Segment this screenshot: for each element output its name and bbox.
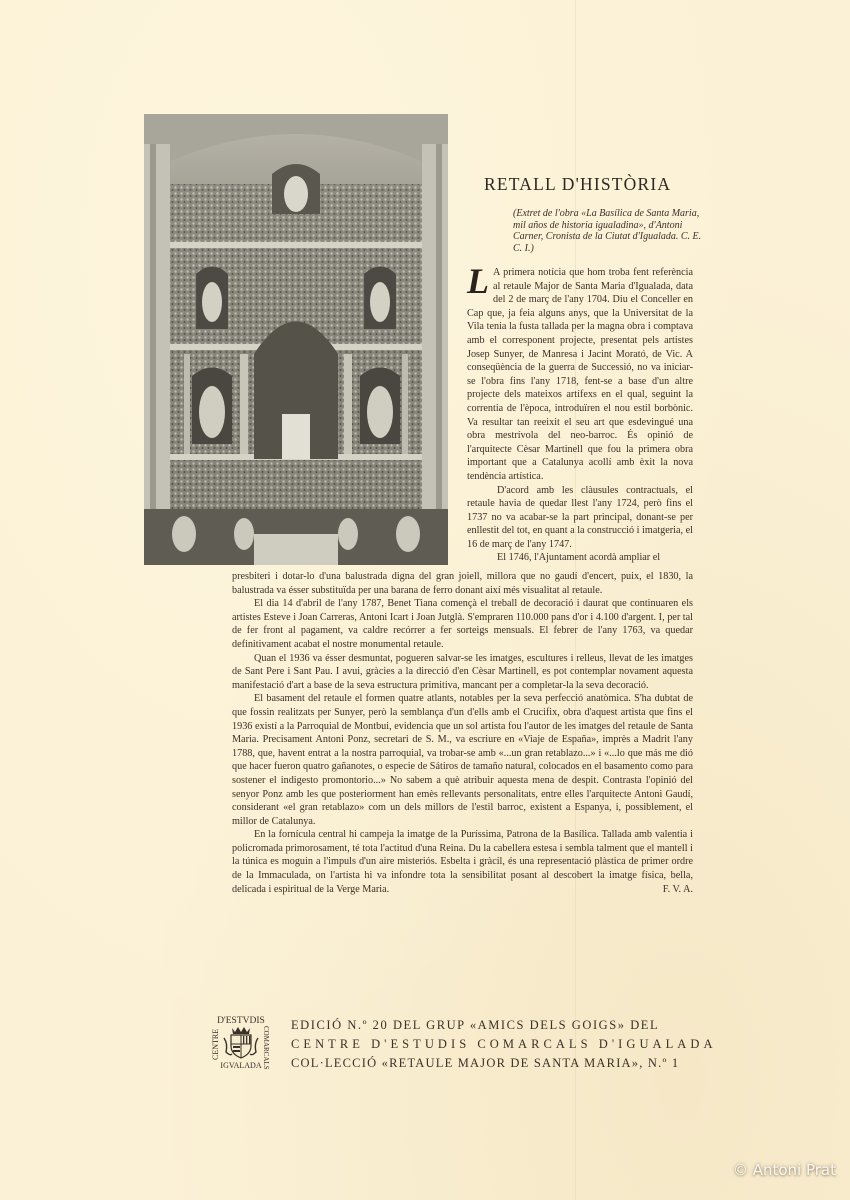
- paragraph-3-cont: presbiteri i dotar-lo d'una balustrada d…: [232, 570, 693, 597]
- altarpiece-illustration: [144, 114, 448, 565]
- colophon: EDICIÓ N.º 20 DEL GRUP «AMICS DELS GOIGS…: [291, 1016, 698, 1073]
- paragraph-3-start: El 1746, l'Ajuntament acordà ampliar el: [467, 551, 693, 565]
- copyright-watermark: © Antoni Prat: [733, 1161, 836, 1179]
- emblem-bottom-text: IGVALADA: [220, 1061, 261, 1070]
- paragraph-6: El basament del retaule el formen quatre…: [232, 692, 693, 828]
- paragraph-7: En la fornícula central hi campeja la im…: [232, 828, 693, 896]
- emblem-left-text: CENTRE: [211, 1029, 220, 1060]
- paragraph-1: LA primera notícia que hom troba fent re…: [467, 266, 693, 484]
- emblem-right-text: COMARCALS: [262, 1026, 270, 1070]
- source-note: (Extret de l'obra «La Basílica de Santa …: [513, 208, 703, 254]
- altarpiece-photo: [144, 114, 448, 565]
- paragraph-5: Quan el 1936 va ésser desmuntat, poguere…: [232, 652, 693, 693]
- author-signature: F. V. A.: [641, 883, 693, 897]
- article-body-text: presbiteri i dotar-lo d'una balustrada d…: [232, 570, 693, 896]
- colophon-line-2: CENTRE D'ESTUDIS COMARCALS D'IGUALADA: [291, 1035, 698, 1054]
- article-title: RETALL D'HISTÒRIA: [484, 174, 704, 195]
- article-column-text: LA primera notícia que hom troba fent re…: [467, 266, 693, 565]
- colophon-line-1: EDICIÓ N.º 20 DEL GRUP «AMICS DELS GOIGS…: [291, 1016, 698, 1035]
- colophon-line-3: COL·LECCIÓ «RETAULE MAJOR DE SANTA MARIA…: [291, 1054, 698, 1073]
- emblem-top-text: D'ESTVDIS: [217, 1016, 265, 1026]
- cec-igualada-emblem-icon: D'ESTVDIS IGVALADA CENTRE COMARCALS: [210, 1014, 272, 1070]
- paragraph-4: El dia 14 d'abril de l'any 1787, Benet T…: [232, 597, 693, 651]
- drop-cap-letter: L: [467, 266, 489, 294]
- paragraph-2: D'acord amb les clàusules contractuals, …: [467, 484, 693, 552]
